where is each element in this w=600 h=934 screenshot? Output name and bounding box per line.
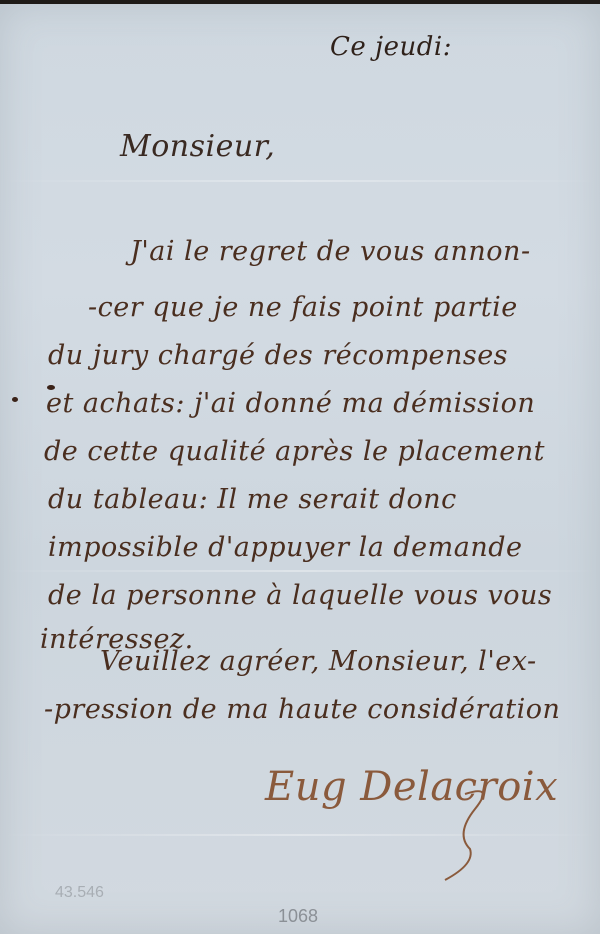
letter-line: Veuillez agréer, Monsieur, l'ex-: [100, 646, 537, 677]
paper-fold: [0, 834, 600, 836]
letter-line: J'ai le regret de vous annon-: [130, 236, 531, 267]
letter-line: -pression de ma haute considération: [44, 694, 560, 725]
letter-line: impossible d'appuyer la demande: [48, 532, 523, 563]
letter-date: Ce jeudi:: [330, 32, 452, 62]
ink-spot: [12, 397, 18, 402]
letter-salutation: Monsieur,: [120, 129, 275, 164]
archive-number: 1068: [278, 906, 318, 927]
letter-page: Ce jeudi: Monsieur, J'ai le regret de vo…: [0, 4, 600, 934]
letter-line: et achats: j'ai donné ma démission: [46, 388, 535, 419]
paper-fold: [0, 180, 600, 182]
letter-line: -cer que je ne fais point partie: [88, 292, 518, 323]
letter-line: du jury chargé des récompenses: [48, 340, 508, 371]
letter-line: de la personne à laquelle vous vous: [48, 580, 552, 611]
letter-line: du tableau: Il me serait donc: [48, 484, 457, 515]
signature-flourish-icon: [395, 784, 505, 884]
ink-spot: [47, 385, 55, 390]
letter-line: de cette qualité après le placement: [44, 436, 545, 467]
paper-fold: [0, 570, 600, 572]
pencil-mark: 43.546: [55, 884, 104, 902]
